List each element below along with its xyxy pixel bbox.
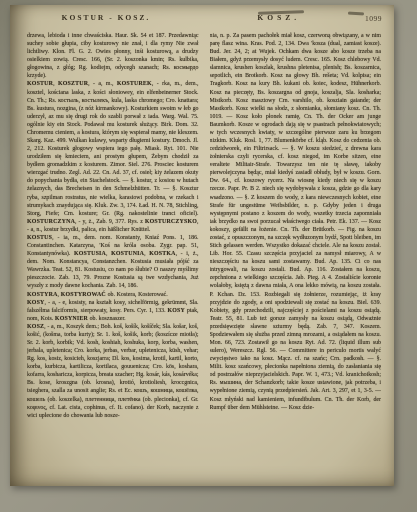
dictionary-paragraph: KOSTYRA, KOSTYROWAĆ ob. Kostera, Kostero… [27, 291, 199, 299]
running-header: KOSTUR - KOSZ. KOSZ. 1099 [10, 13, 394, 27]
text-column-left: drzewa, lebioda i inne chwaściska. Haur.… [27, 32, 199, 466]
book-page: KOSTUR - KOSZ. KOSZ. 1099 drzewa, lebiod… [10, 5, 394, 486]
header-left-title: KOSTUR - KOSZ. [10, 13, 202, 22]
dictionary-paragraph: drzewa, lebioda i inne chwaściska. Haur.… [27, 32, 199, 80]
dictionary-paragraph: KOSZ, - a, m., Koszyk dem.; Boh. koš, ko… [27, 323, 199, 420]
dictionary-paragraph: nia, n. p. Za pasem pachołek miał kosz, … [210, 32, 382, 412]
page-number: 1099 [365, 14, 382, 23]
text-column-right: nia, n. p. Za pasem pachołek miał kosz, … [210, 32, 382, 466]
header-right-title: KOSZ. [210, 13, 348, 22]
text-columns: drzewa, lebioda i inne chwaściska. Haur.… [27, 32, 381, 466]
dictionary-paragraph: KOSY, - a, - e, kosisty, na kształt kosy… [27, 299, 199, 323]
dictionary-paragraph: KOSTUS, - ia, m., dem. nom. Konstanty, K… [27, 234, 199, 291]
scan-surround: KOSTUR - KOSZ. KOSZ. 1099 drzewa, lebiod… [0, 0, 417, 512]
dictionary-paragraph: KOSTUR, KOSZTUR, - a, m., KOSTUREK, - rk… [27, 80, 199, 233]
